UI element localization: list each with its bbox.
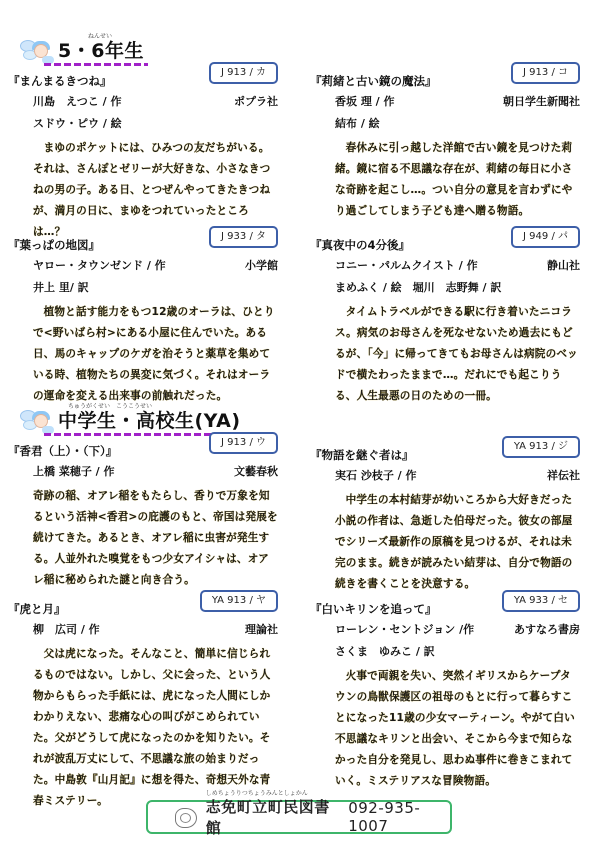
publisher: 小学館 [245, 258, 278, 273]
section-title: 中学生・高校生(YA) [58, 410, 241, 432]
book-summary: 中学生の本村結芽が幼いころから大好きだった小説の作者は、急逝した伯母だった。彼女… [335, 490, 580, 595]
call-number-badge: J 913 / コ [511, 62, 580, 84]
author-credit: ローレン・セントジョン /作 [335, 622, 474, 637]
author-credit: ヤロー・タウンゼンド / 作 [33, 258, 166, 273]
dashed-underline [44, 63, 148, 66]
section-ruby: ちゅうがくせい こうこうせい [68, 401, 152, 410]
author-credit: 香坂 理 / 作 [335, 94, 395, 109]
book-summary: 奇跡の稲、オアレ稲をもたらし、香りで万象を知るという活神<香君>の庇護のもと、帝… [33, 486, 278, 591]
author-credit: コニー・パルムクイスト / 作 [335, 258, 478, 273]
call-number-badge: YA 913 / ジ [502, 436, 580, 458]
library-name: 志免町立町民図書館 [206, 798, 330, 837]
illustrator-credit: 結布 / 絵 [335, 116, 380, 131]
publisher: 祥伝社 [547, 468, 580, 483]
section-header-grade-5-6: ねんせい 5・6年生 [20, 30, 144, 66]
library-footer: しめちょうりつちょうみんとしょかん 志免町立町民図書館 092-935-1007 [146, 800, 452, 834]
book-summary: 植物と話す能力をもつ12歳のオーラは、ひとりで<野いばら村>にある小屋に住んでい… [33, 302, 278, 407]
library-name-ruby: しめちょうりつちょうみんとしょかん [206, 788, 308, 797]
call-number-badge: J 913 / ウ [209, 432, 278, 454]
author-credit: 実石 沙枝子 / 作 [335, 468, 417, 483]
book-summary: 父は虎になった。そんなこと、簡単に信じられるものではない。しかし、父に会った、と… [33, 644, 278, 812]
library-logo-icon [174, 806, 196, 828]
book-summary: 春休みに引っ越した洋館で古い鏡を見つけた莉緒。鏡に宿る不思議な存在が、莉緒の毎日… [335, 138, 580, 222]
book-entry: 『莉緒と古い鏡の魔法』 J 913 / コ 香坂 理 / 作朝日学生新聞社 結布… [310, 74, 580, 222]
book-entry: 『まんまるきつね』 J 913 / カ 川島 えつこ / 作ポプラ社 スドウ・ピ… [8, 74, 278, 243]
book-entry: 『虎と月』 YA 913 / ヤ 柳 広司 / 作理論社 父は虎になった。そんな… [8, 602, 278, 812]
illustrator-translator-credit: まめふく / 絵 堀川 志野舞 / 訳 [335, 280, 501, 295]
section-header-junior-senior-high: ちゅうがくせい こうこうせい 中学生・高校生(YA) [20, 400, 241, 436]
book-entry: 『真夜中の4分後』 J 949 / パ コニー・パルムクイスト / 作静山社 ま… [310, 238, 580, 407]
translator-credit: 井上 里/ 訳 [33, 280, 89, 295]
author-credit: 柳 広司 / 作 [33, 622, 100, 637]
call-number-badge: YA 913 / ヤ [200, 590, 278, 612]
book-entry: 『葉っぱの地図』 J 933 / タ ヤロー・タウンゼンド / 作小学館 井上 … [8, 238, 278, 407]
fairy-icon [20, 408, 54, 436]
call-number-badge: J 949 / パ [511, 226, 580, 248]
publisher: 理論社 [245, 622, 278, 637]
translator-credit: さくま ゆみこ / 訳 [335, 644, 435, 659]
book-summary: タイムトラベルができる駅に行き着いたニコラス。病気のお母さんを死なせないため過去… [335, 302, 580, 407]
author-credit: 川島 えつこ / 作 [33, 94, 121, 109]
call-number-badge: J 933 / タ [209, 226, 278, 248]
publisher: 静山社 [547, 258, 580, 273]
call-number-badge: YA 933 / セ [502, 590, 580, 612]
publisher: あすなろ書房 [514, 622, 580, 637]
author-credit: 上橋 菜穂子 / 作 [33, 464, 115, 479]
publisher: 朝日学生新聞社 [503, 94, 580, 109]
book-entry: 『香君（上）・（下）』 J 913 / ウ 上橋 菜穂子 / 作文藝春秋 奇跡の… [8, 444, 278, 591]
publisher: ポプラ社 [234, 94, 278, 109]
book-entry: 『物語を継ぐ者は』 YA 913 / ジ 実石 沙枝子 / 作祥伝社 中学生の本… [310, 448, 580, 595]
illustrator-credit: スドウ・ピウ / 絵 [33, 116, 122, 131]
book-entry: 『白いキリンを追って』 YA 933 / セ ローレン・セントジョン /作あすな… [310, 602, 580, 792]
book-summary: 火事で両親を失い、突然イギリスからケープタウンの鳥獣保護区の祖母のもとに行って暮… [335, 666, 580, 792]
section-ruby: ねんせい [88, 31, 112, 40]
publisher: 文藝春秋 [234, 464, 278, 479]
fairy-icon [20, 38, 54, 66]
section-title: 5・6年生 [58, 40, 144, 62]
call-number-badge: J 913 / カ [209, 62, 278, 84]
library-phone: 092-935-1007 [348, 799, 450, 835]
